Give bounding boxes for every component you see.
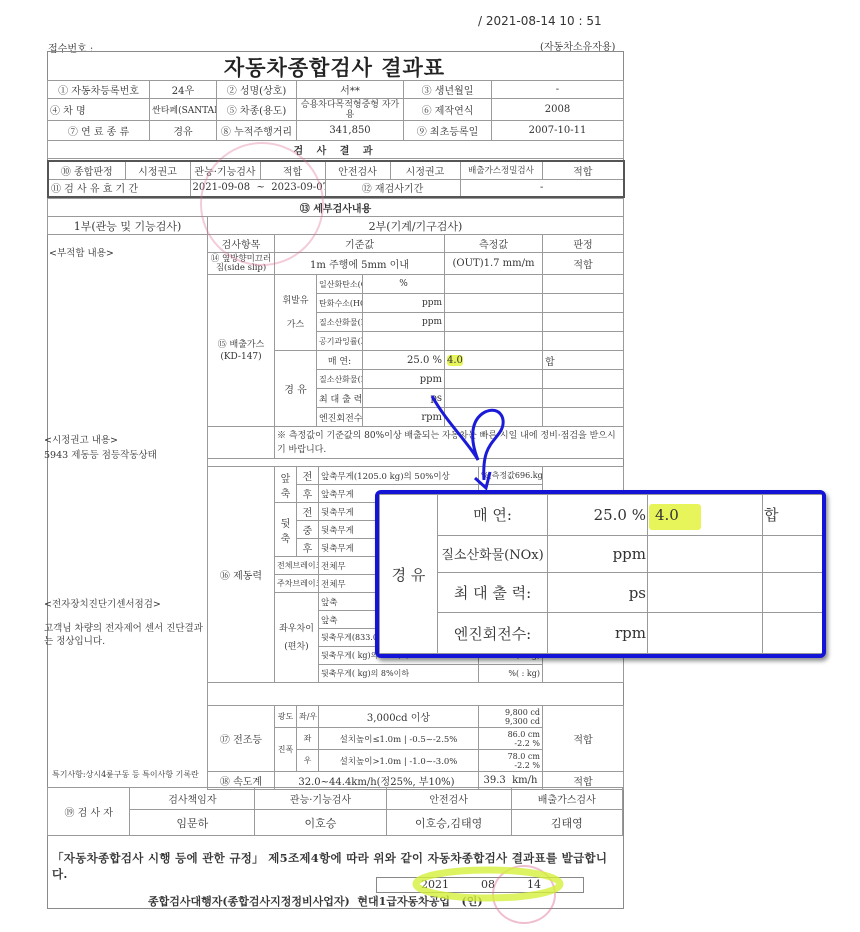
zoom-callout: 경 유 매 연: 25.0 % 4.0 합 질소산화물(NOx) ppm 최 대… <box>375 490 826 658</box>
zoom-callout-table: 경 유 매 연: 25.0 % 4.0 합 질소산화물(NOx) ppm 최 대… <box>379 494 823 654</box>
highlight-circle-icon <box>416 870 560 898</box>
annotation-overlay <box>0 0 860 932</box>
zoom-smoke-measured: 4.0 <box>649 504 701 530</box>
arrow-stroke-icon <box>432 396 503 480</box>
